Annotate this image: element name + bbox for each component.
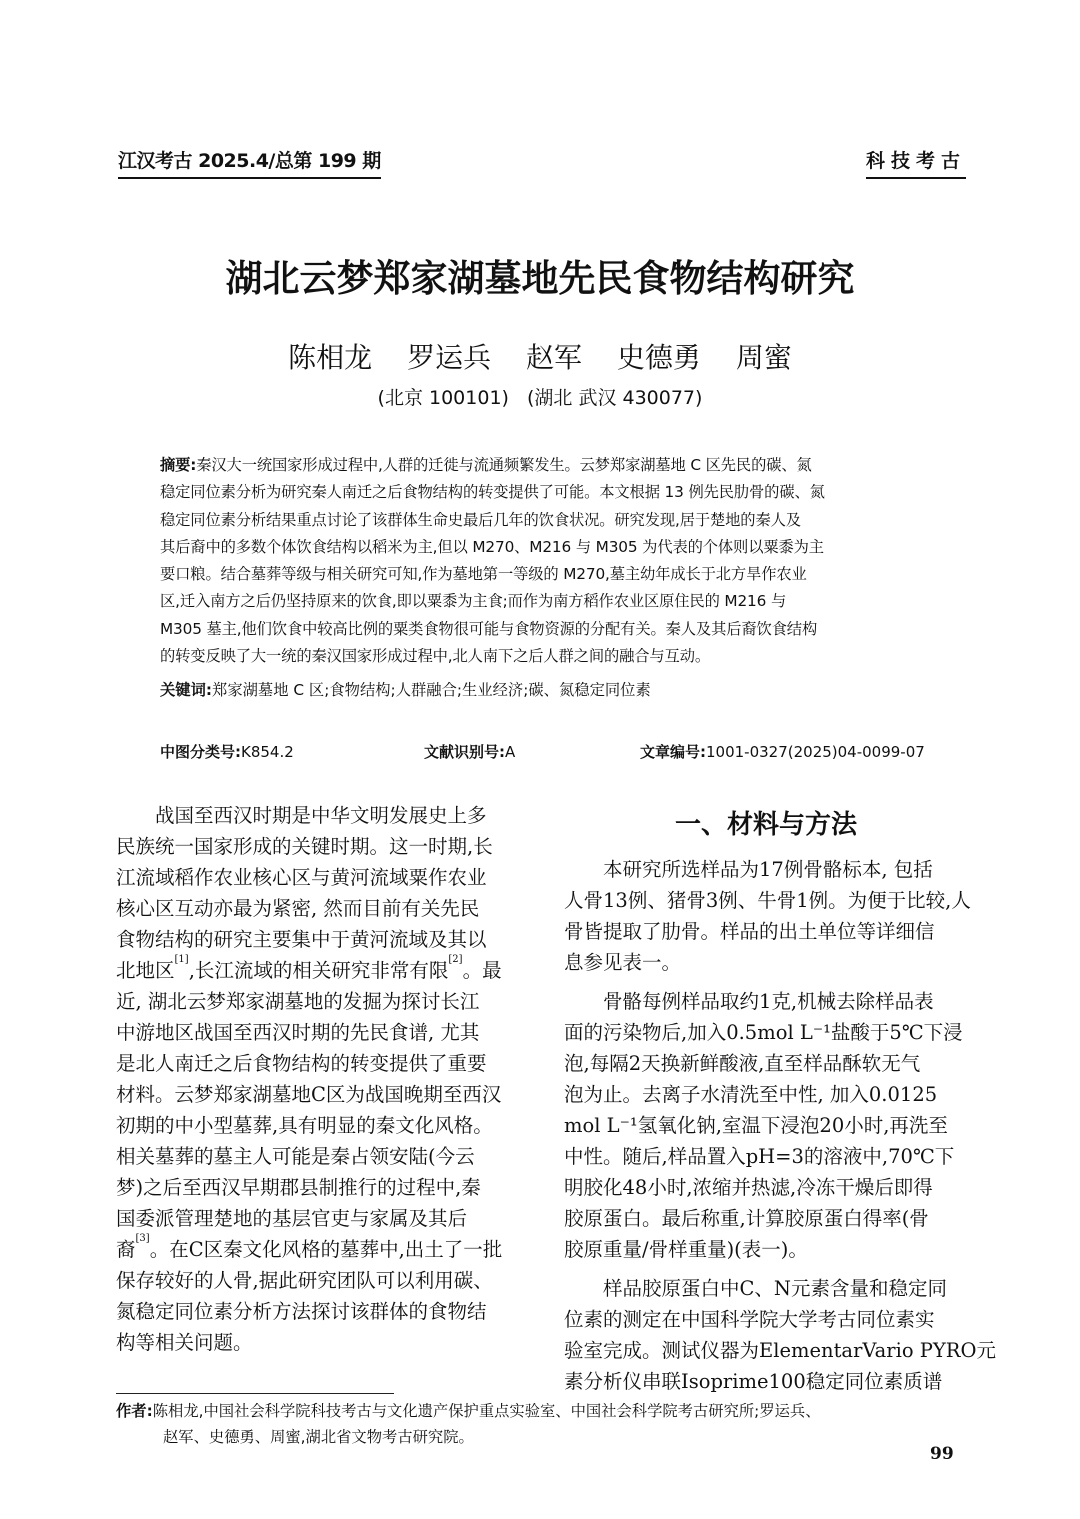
affiliation: (湖北 武汉 430077) (527, 387, 702, 409)
document-code: 文献识别号:A (424, 741, 515, 762)
author: 赵军 (526, 341, 582, 374)
body-line: 北地区[1],长江流域的相关研究非常有限[2]。最 (116, 955, 502, 983)
body-line: 素分析仪串联Isoprime100稳定同位素质谱 (564, 1366, 942, 1394)
abstract-line: 稳定同位素分析结果重点讨论了该群体生命史最后几年的饮食状况。研究发现,居于楚地的… (160, 507, 958, 534)
article-title: 湖北云梦郑家湖墓地先民食物结构研究 (0, 248, 1080, 302)
footnote-line: 作者:陈相龙,中国社会科学院科技考古与文化遗产保护重点实验室、中国社会科学院考古… (116, 1398, 821, 1424)
affiliation-list: (北京 100101) (湖北 武汉 430077) (0, 383, 1080, 410)
body-line: 胶原蛋白。最后称重,计算胶原蛋白得率(骨 (564, 1203, 929, 1231)
footnote-divider (116, 1393, 394, 1394)
citation-marker: [3] (136, 1233, 150, 1244)
keywords-value: 郑家湖墓地 C 区;食物结构;人群融合;生业经济;碳、氮稳定同位素 (212, 681, 651, 699)
abstract-line: 其后裔中的多数个体饮食结构以稻米为主,但以 M270、M216 与 M305 为… (160, 534, 958, 561)
abstract-line: 要口粮。结合墓葬等级与相关研究可知,作为墓地第一等级的 M270,墓主幼年成长于… (160, 561, 958, 588)
body-line: 位素的测定在中国科学院大学考古同位素实 (564, 1304, 935, 1332)
body-line: 江流域稻作农业核心区与黄河流域粟作农业 (116, 862, 487, 890)
abstract-line: 的转变反映了大一统的秦汉国家形成过程中,北人南下之后人群之间的融合与互动。 (160, 643, 958, 670)
body-line: 战国至西汉时期是中华文明发展史上多 (116, 800, 487, 828)
body-line: 保存较好的人骨,据此研究团队可以利用碳、 (116, 1265, 493, 1293)
body-line: mol L⁻¹氢氧化钠,室温下浸泡20小时,再洗至 (564, 1110, 948, 1138)
abstract-line: 摘要:秦汉大一统国家形成过程中,人群的迁徙与流通频繁发生。云梦郑家湖墓地 C 区… (160, 452, 958, 479)
citation-marker: [2] (448, 954, 462, 965)
body-line: 梦)之后至西汉早期郡县制推行的过程中,秦 (116, 1172, 481, 1200)
body-line: 是北人南迁之后食物结构的转变提供了重要 (116, 1048, 487, 1076)
body-line: 民族统一国家形成的关键时期。这一时期,长 (116, 831, 493, 859)
body-line: 构等相关问题。 (116, 1327, 253, 1355)
body-line: 人骨13例、猪骨3例、牛骨1例。为便于比较,人 (564, 885, 971, 913)
author: 周蜜 (736, 341, 792, 374)
section-heading: 一、材料与方法 (564, 804, 968, 841)
body-line: 材料。云梦郑家湖墓地C区为战国晚期至西汉 (116, 1079, 501, 1107)
body-right-column: 一、材料与方法 本研究所选样品为17例骨骼标本, 包括 人骨13例、猪骨3例、牛… (564, 800, 968, 1390)
body-line: 明胶化48小时,浓缩并热滤,冷冻干燥后即得 (564, 1172, 933, 1200)
body-line: 骨皆提取了肋骨。样品的出土单位等详细信 (564, 916, 935, 944)
article-number: 文章编号:1001-0327(2025)04-0099-07 (640, 741, 925, 762)
body-line: 泡,每隔2天换新鲜酸液,直至样品酥软无气 (564, 1048, 920, 1076)
body-line: 面的污染物后,加入0.5mol L⁻¹盐酸于5℃下浸 (564, 1017, 963, 1045)
footnote-label: 作者: (116, 1402, 153, 1420)
section-label-header: 科技考古 (866, 146, 966, 179)
abstract-line: 区,迁入南方之后仍坚持原来的饮食,即以粟黍为主食;而作为南方稻作农业区原住民的 … (160, 588, 958, 615)
journal-issue-header: 江汉考古 2025.4/总第 199 期 (118, 146, 381, 179)
body-line: 息参见表一。 (564, 947, 681, 975)
keywords: 关键词:郑家湖墓地 C 区;食物结构;人群融合;生业经济;碳、氮稳定同位素 (160, 678, 651, 700)
body-line: 本研究所选样品为17例骨骼标本, 包括 (564, 854, 933, 882)
body-line: 氮稳定同位素分析方法探讨该群体的食物结 (116, 1296, 487, 1324)
footnote-line: 赵军、史德勇、周蜜,湖北省文物考古研究院。 (116, 1424, 821, 1450)
body-line: 样品胶原蛋白中C、N元素含量和稳定同 (564, 1273, 947, 1301)
citation-marker: [1] (175, 954, 189, 965)
body-line: 相关墓葬的墓主人可能是秦占领安陆(今云 (116, 1141, 475, 1169)
body-line: 食物结构的研究主要集中于黄河流域及其以 (116, 924, 487, 952)
page-number: 99 (930, 1444, 954, 1464)
clc-number: 中图分类号:K854.2 (160, 741, 294, 762)
body-line: 初期的中小型墓葬,具有明显的秦文化风格。 (116, 1110, 493, 1138)
body-line: 中性。随后,样品置入pH=3的溶液中,70℃下 (564, 1141, 954, 1169)
abstract: 摘要:秦汉大一统国家形成过程中,人群的迁徙与流通频繁发生。云梦郑家湖墓地 C 区… (160, 452, 958, 670)
abstract-line: 稳定同位素分析为研究秦人南迁之后食物结构的转变提供了可能。本文根据 13 例先民… (160, 479, 958, 506)
body-left-column: 战国至西汉时期是中华文明发展史上多 民族统一国家形成的关键时期。这一时期,长 江… (116, 800, 522, 1360)
affiliation: (北京 100101) (378, 387, 509, 409)
author: 陈相龙 (288, 341, 372, 374)
abstract-label: 摘要: (160, 456, 196, 474)
body-line: 泡为止。去离子水清洗至中性, 加入0.0125 (564, 1079, 937, 1107)
abstract-line: M305 墓主,他们饮食中较高比例的粟类食物很可能与食物资源的分配有关。秦人及其… (160, 616, 958, 643)
body-line: 裔[3]。在C区秦文化风格的墓葬中,出土了一批 (116, 1234, 502, 1262)
author-footnote: 作者:陈相龙,中国社会科学院科技考古与文化遗产保护重点实验室、中国社会科学院考古… (116, 1398, 821, 1450)
body-line: 近, 湖北云梦郑家湖墓地的发掘为探讨长江 (116, 986, 479, 1014)
keywords-label: 关键词: (160, 681, 212, 699)
author: 罗运兵 (407, 341, 491, 374)
body-line: 骨骼每例样品取约1克,机械去除样品表 (564, 986, 934, 1014)
body-line: 国委派管理楚地的基层官吏与家属及其后 (116, 1203, 467, 1231)
author-list: 陈相龙 罗运兵 赵军 史德勇 周蜜 (0, 336, 1080, 376)
body-line: 胶原重量/骨样重量)(表一)。 (564, 1234, 808, 1262)
body-line: 核心区互动亦最为紧密, 然而目前有关先民 (116, 893, 479, 921)
author: 史德勇 (617, 341, 701, 374)
body-line: 中游地区战国至西汉时期的先民食谱, 尤其 (116, 1017, 479, 1045)
body-line: 验室完成。测试仪器为ElementarVario PYRO元 (564, 1335, 996, 1363)
